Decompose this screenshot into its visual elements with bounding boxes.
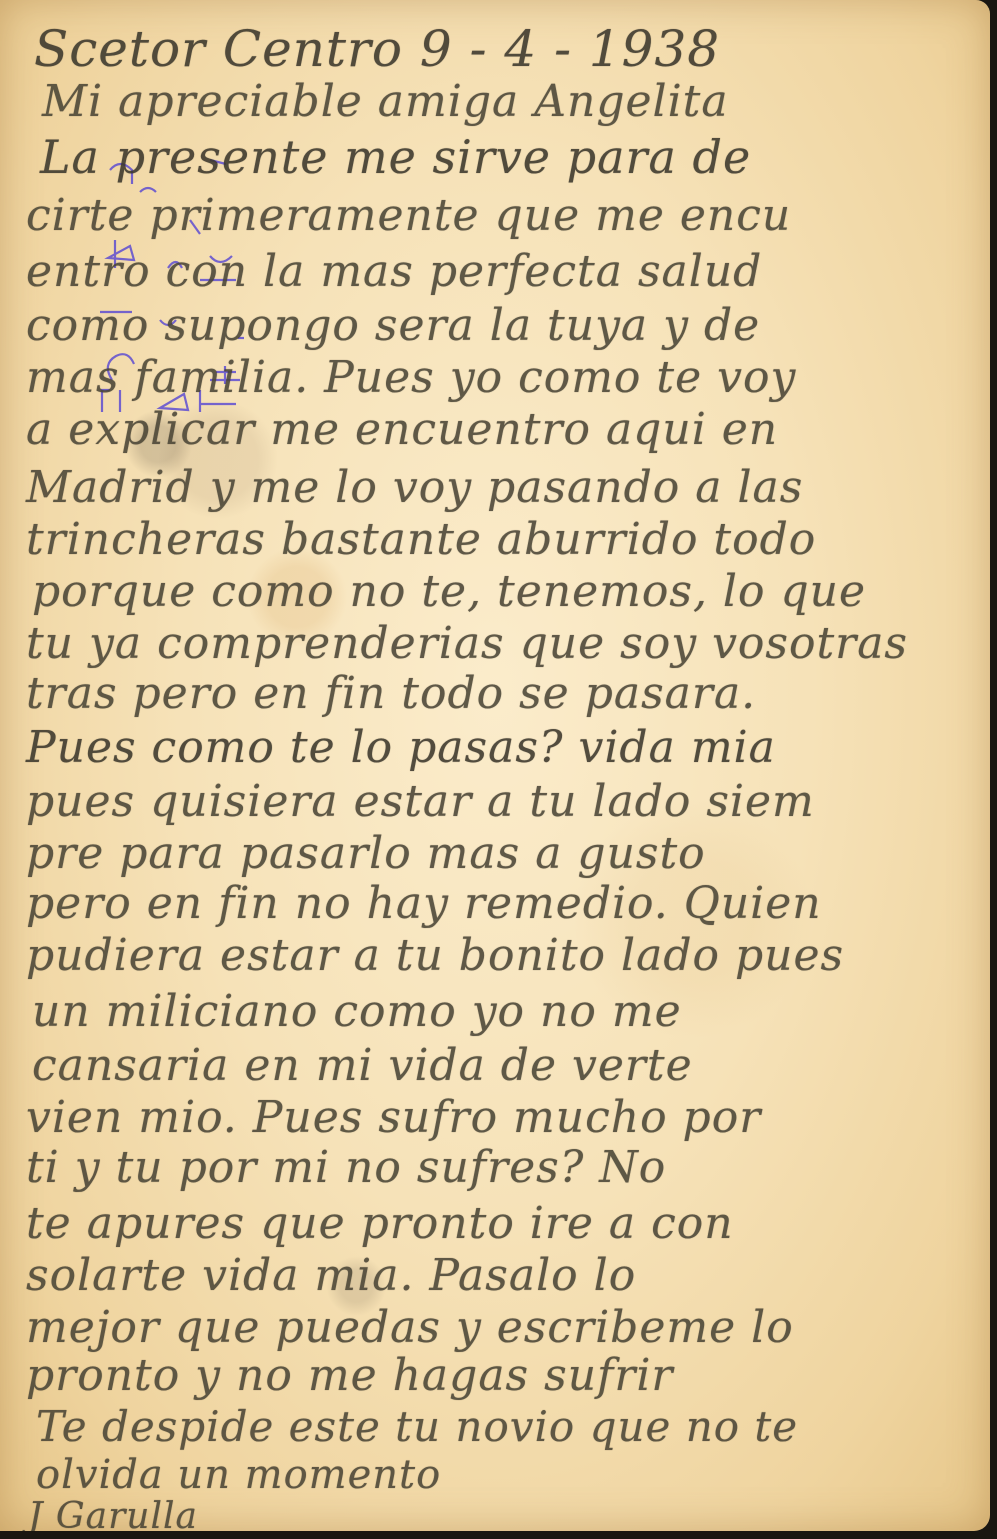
- letter-line: porque como no te, tenemos, lo que: [32, 566, 866, 617]
- letter-line: como supongo sera la tuya y de: [26, 300, 760, 351]
- letter-line: pues quisiera estar a tu lado siem: [26, 776, 815, 827]
- letter-line: pudiera estar a tu bonito lado pues: [26, 930, 844, 981]
- letter-line: Pues como te lo pasas? vida mia: [26, 722, 776, 773]
- letter-line: Madrid y me lo voy pasando a las: [26, 462, 803, 513]
- letter-line: trincheras bastante aburrido todo: [26, 514, 816, 565]
- letter-closing: Te despide este tu novio que no te: [36, 1402, 798, 1451]
- letter-line: pero en fin no hay remedio. Quien: [26, 878, 822, 929]
- letter-line: cirte primeramente que me encu: [26, 190, 791, 241]
- letter-line: tu ya comprenderias que soy vosotras: [26, 618, 908, 669]
- letter-salutation: Mi apreciable amiga Angelita: [42, 76, 729, 127]
- letter-signature: J Garulla: [28, 1496, 198, 1531]
- letter-line: te apures que pronto ire a con: [26, 1198, 734, 1249]
- letter-line: vien mio. Pues sufro mucho por: [26, 1092, 761, 1143]
- letter-line: un miliciano como yo no me: [32, 986, 682, 1037]
- letter-line: tras pero en fin todo se pasara.: [26, 668, 756, 719]
- letter-card: Scetor Centro 9 - 4 - 1938 Mi apreciable…: [0, 0, 990, 1531]
- letter-line: pronto y no me hagas sufrir: [26, 1350, 673, 1401]
- letter-line: solarte vida mia. Pasalo lo: [26, 1250, 636, 1301]
- letter-line: entro con la mas perfecta salud: [26, 246, 762, 297]
- letter-closing-continued: olvida un momento: [36, 1452, 441, 1498]
- letter-line: pre para pasarlo mas a gusto: [26, 828, 706, 879]
- letter-header-place-date: Scetor Centro 9 - 4 - 1938: [34, 20, 720, 78]
- letter-line: a explicar me encuentro aqui en: [26, 404, 778, 455]
- letter-line: ti y tu por mi no sufres? No: [26, 1142, 666, 1193]
- letter-line: cansaria en mi vida de verte: [32, 1040, 693, 1091]
- letter-line: mas familia. Pues yo como te voy: [26, 352, 796, 403]
- letter-line: La presente me sirve para de: [40, 130, 751, 184]
- letter-line: mejor que puedas y escribeme lo: [26, 1302, 794, 1353]
